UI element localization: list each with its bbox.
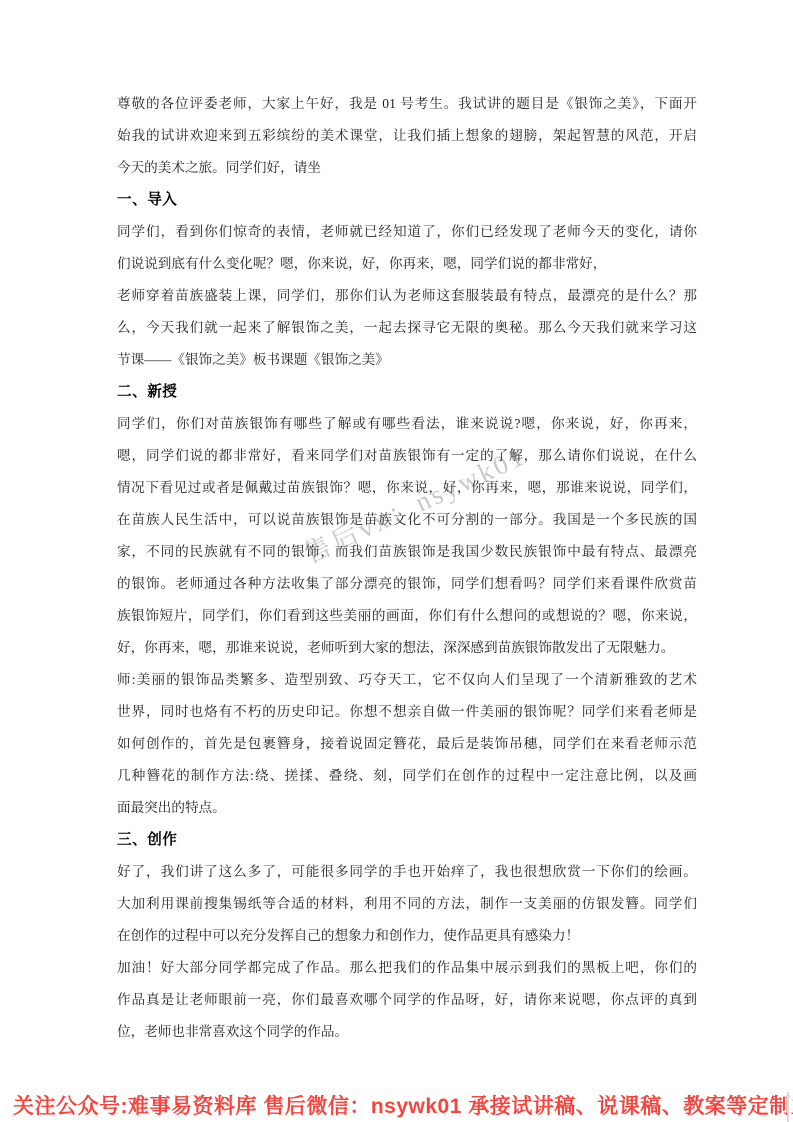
- paragraph: 同学们，你们对苗族银饰有哪些了解或有哪些看法，谁来说说?嗯，你来说，好，你再来，…: [117, 408, 697, 664]
- paragraph-line: 师:美丽的银饰品类繁多、造型别致、巧夺天工，它不仅向人们呈现了一个清新雅致的艺术: [117, 664, 697, 696]
- paragraph-line: 世界，同时也烙有不朽的历史印记。你想不想亲自做一件美丽的银饰呢？同学们来看老师是: [117, 696, 697, 728]
- page-edge-artifact: [787, 1092, 789, 1122]
- paragraph-line: 节课——《银饰之美》板书课题《银饰之美》: [117, 344, 697, 376]
- paragraph-line: 几种簪花的制作方法:绕、搓揉、叠绕、刻，同学们在创作的过程中一定注意比例，以及画: [117, 760, 697, 792]
- paragraph-line: 老师穿着苗族盛装上课，同学们，那你们认为老师这套服装最有特点，最漂亮的是什么？那: [117, 280, 697, 312]
- paragraph: 同学们，看到你们惊奇的表情，老师就已经知道了，你们已经发现了老师今天的变化，请你…: [117, 216, 697, 280]
- paragraph-line: 嗯，同学们说的都非常好，看来同学们对苗族银饰有一定的了解，那么请你们说说，在什么: [117, 440, 697, 472]
- paragraph-line: 同学们，看到你们惊奇的表情，老师就已经知道了，你们已经发现了老师今天的变化，请你: [117, 216, 697, 248]
- paragraph-line: 么，今天我们就一起来了解银饰之美，一起去探寻它无限的奥秘。那么今天我们就来学习这: [117, 312, 697, 344]
- paragraph-line: 如何创作的，首先是包裹簪身，接着说固定簪花，最后是装饰吊穗，同学们在来看老师示范: [117, 728, 697, 760]
- document-page: 尊敬的各位评委老师，大家上午好，我是 01 号考生。我试讲的题目是《银饰之美》，…: [0, 0, 793, 1122]
- paragraph-line: 在创作的过程中可以充分发挥自己的想象力和创作力，使作品更具有感染力！: [117, 920, 697, 952]
- paragraph-line: 尊敬的各位评委老师，大家上午好，我是 01 号考生。我试讲的题目是《银饰之美》，…: [117, 88, 697, 120]
- paragraph-line: 今天的美术之旅。同学们好，请坐: [117, 152, 697, 184]
- section-heading: 一、导入: [117, 184, 697, 216]
- paragraph-line: 们说说到底有什么变化呢？嗯，你来说，好，你再来，嗯，同学们说的都非常好，: [117, 248, 697, 280]
- paragraph-line: 同学们，你们对苗族银饰有哪些了解或有哪些看法，谁来说说?嗯，你来说，好，你再来，: [117, 408, 697, 440]
- paragraph-line: 面最突出的特点。: [117, 792, 697, 824]
- paragraph-line: 作品真是让老师眼前一亮，你们最喜欢哪个同学的作品呀，好，请你来说嗯，你点评的真到: [117, 984, 697, 1016]
- paragraph-line: 在苗族人民生活中，可以说苗族银饰是苗族文化不可分割的一部分。我国是一个多民族的国: [117, 504, 697, 536]
- paragraph: 加油！好大部分同学都完成了作品。那么把我们的作品集中展示到我们的黑板上吧，你们的…: [117, 952, 697, 1048]
- footer-promo-banner: 关注公众号:难事易资料库 售后微信：nsywk01 承接试讲稿、说课稿、教案等定…: [13, 1094, 793, 1119]
- paragraph: 老师穿着苗族盛装上课，同学们，那你们认为老师这套服装最有特点，最漂亮的是什么？那…: [117, 280, 697, 376]
- paragraph-line: 加油！好大部分同学都完成了作品。那么把我们的作品集中展示到我们的黑板上吧，你们的: [117, 952, 697, 984]
- paragraph: 尊敬的各位评委老师，大家上午好，我是 01 号考生。我试讲的题目是《银饰之美》，…: [117, 88, 697, 184]
- paragraph: 好了，我们讲了这么多了，可能很多同学的手也开始痒了，我也很想欣赏一下你们的绘画。…: [117, 856, 697, 952]
- paragraph-line: 族银饰短片，同学们，你们看到这些美丽的画面，你们有什么想问的或想说的？嗯，你来说…: [117, 600, 697, 632]
- paragraph: 师:美丽的银饰品类繁多、造型别致、巧夺天工，它不仅向人们呈现了一个清新雅致的艺术…: [117, 664, 697, 824]
- paragraph-line: 好，你再来，嗯，那谁来说说，老师听到大家的想法，深深感到苗族银饰散发出了无限魅力…: [117, 632, 697, 664]
- paragraph-line: 大加利用课前搜集锡纸等合适的材料，利用不同的方法，制作一支美丽的仿银发簪。同学们: [117, 888, 697, 920]
- paragraph-line: 的银饰。老师通过各种方法收集了部分漂亮的银饰，同学们想看吗？同学们来看课件欣赏苗: [117, 568, 697, 600]
- paragraph-line: 家，不同的民族就有不同的银饰，而我们苗族银饰是我国少数民族银饰中最有特点、最漂亮: [117, 536, 697, 568]
- section-heading: 二、新授: [117, 376, 697, 408]
- document-body: 尊敬的各位评委老师，大家上午好，我是 01 号考生。我试讲的题目是《银饰之美》，…: [117, 88, 697, 1048]
- paragraph-line: 情况下看见过或者是佩戴过苗族银饰？嗯，你来说，好，你再来，嗯，那谁来说说，同学们…: [117, 472, 697, 504]
- section-heading: 三、创作: [117, 824, 697, 856]
- paragraph-line: 好了，我们讲了这么多了，可能很多同学的手也开始痒了，我也很想欣赏一下你们的绘画。: [117, 856, 697, 888]
- paragraph-line: 始我的试讲欢迎来到五彩缤纷的美术课堂，让我们插上想象的翅膀，架起智慧的风范，开启: [117, 120, 697, 152]
- paragraph-line: 位，老师也非常喜欢这个同学的作品。: [117, 1016, 697, 1048]
